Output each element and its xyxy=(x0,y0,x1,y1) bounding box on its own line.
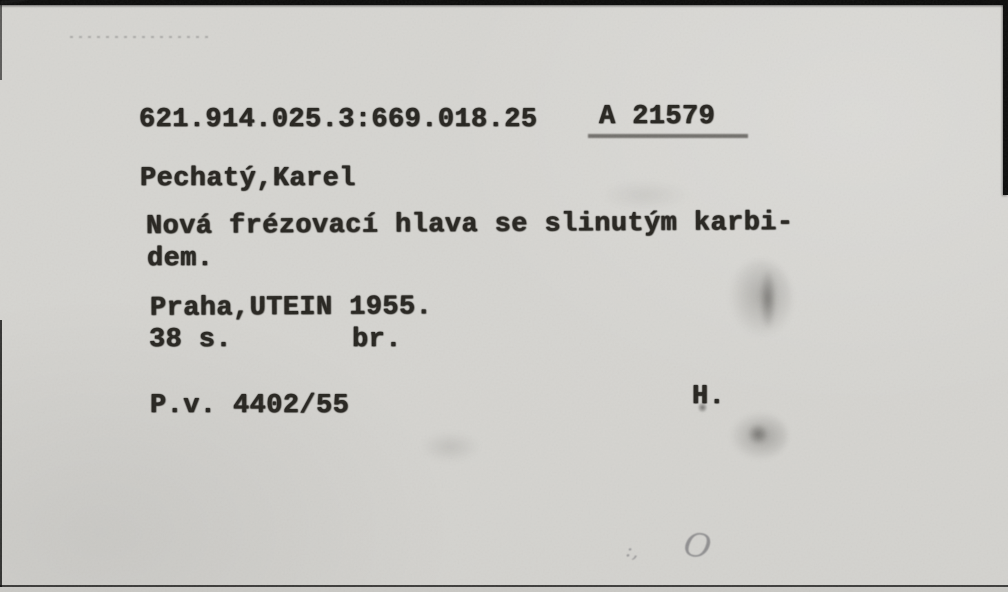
ink-smudge-core xyxy=(760,270,776,328)
binding-note: br. xyxy=(352,327,402,354)
ink-smudge xyxy=(728,260,792,338)
title-line-2: dem. xyxy=(147,246,213,273)
scan-edge-top xyxy=(0,0,1008,5)
scan-artifact-dotted-line xyxy=(70,36,210,38)
pencil-mark: :, xyxy=(624,537,640,563)
scan-edge-left xyxy=(0,320,2,592)
catalog-card-scan: 621.914.025.3:669.018.25 A 21579 Pechatý… xyxy=(0,0,1008,592)
accession-number: A 21579 xyxy=(599,104,715,131)
record-number: P.v. 4402/55 xyxy=(150,393,349,420)
extent-pages: 38 s. xyxy=(149,327,232,354)
imprint-line: Praha,UTEIN 1955. xyxy=(150,294,432,322)
scan-edge-bottom-pale xyxy=(0,587,1008,592)
pencil-letter-o: O xyxy=(681,524,714,567)
author-line: Pechatý,Karel xyxy=(140,166,356,193)
faint-smudge xyxy=(420,432,480,462)
scan-edge-right xyxy=(1003,0,1008,195)
accession-underline xyxy=(588,134,748,138)
scan-edge-left-top xyxy=(0,0,2,80)
cataloger-initial: H. xyxy=(692,384,725,411)
classification-number: 621.914.025.3:669.018.25 xyxy=(139,107,537,134)
ink-smudge xyxy=(730,412,788,460)
faint-smudge xyxy=(600,180,690,210)
ink-smudge-core xyxy=(748,424,768,444)
title-line-1: Nová frézovací hlava se slinutým karbi- xyxy=(146,210,794,241)
